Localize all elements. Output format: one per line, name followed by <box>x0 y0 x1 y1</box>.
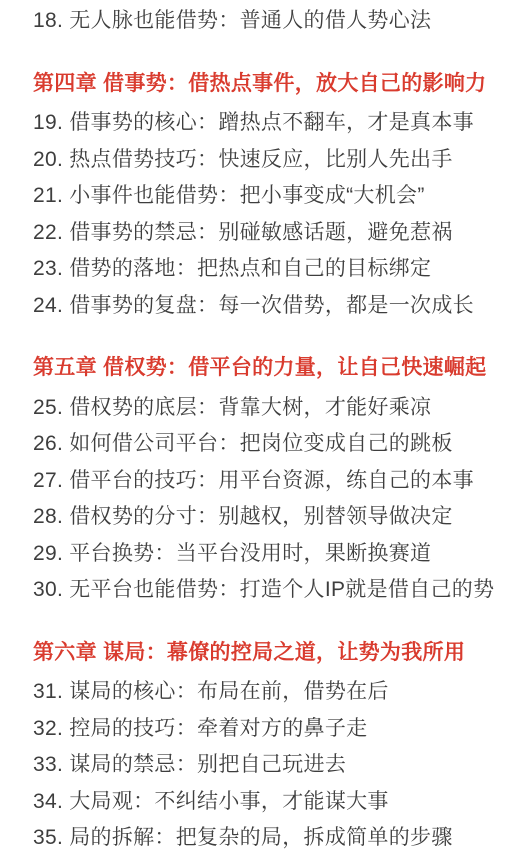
toc-item: 19. 借事势的核心：蹭热点不翻车，才是真本事 <box>33 105 499 142</box>
toc-item: 35. 局的拆解：把复杂的局，拆成简单的步骤 <box>33 820 499 856</box>
toc-item: 31. 谋局的核心：布局在前，借势在后 <box>33 674 499 711</box>
toc-item: 18. 无人脉也能借势：普通人的借人势心法 <box>33 3 499 40</box>
chapter-heading: 第四章 借事势：借热点事件，放大自己的影响力 <box>33 66 499 103</box>
toc-item: 26. 如何借公司平台：把岗位变成自己的跳板 <box>33 426 499 463</box>
toc-item: 27. 借平台的技巧：用平台资源，练自己的本事 <box>33 463 499 500</box>
toc-item: 25. 借权势的底层：背靠大树，才能好乘凉 <box>33 390 499 427</box>
toc-item: 32. 控局的技巧：牵着对方的鼻子走 <box>33 711 499 748</box>
toc-item: 23. 借势的落地：把热点和自己的目标绑定 <box>33 251 499 288</box>
toc-item: 29. 平台换势：当平台没用时，果断换赛道 <box>33 536 499 573</box>
chapter-section-4: 第四章 借事势：借热点事件，放大自己的影响力 19. 借事势的核心：蹭热点不翻车… <box>33 66 499 325</box>
toc-item: 33. 谋局的禁忌：别把自己玩进去 <box>33 747 499 784</box>
chapter-section-6: 第六章 谋局：幕僚的控局之道，让势为我所用 31. 谋局的核心：布局在前，借势在… <box>33 635 499 856</box>
toc-item: 34. 大局观：不纠结小事，才能谋大事 <box>33 784 499 821</box>
chapter-heading: 第五章 借权势：借平台的力量，让自己快速崛起 <box>33 350 499 387</box>
toc-item: 21. 小事件也能借势：把小事变成“大机会” <box>33 178 499 215</box>
toc-page: 18. 无人脉也能借势：普通人的借人势心法 第四章 借事势：借热点事件，放大自己… <box>0 0 519 856</box>
chapter-heading: 第六章 谋局：幕僚的控局之道，让势为我所用 <box>33 635 499 672</box>
toc-item: 22. 借事势的禁忌：别碰敏感话题，避免惹祸 <box>33 215 499 252</box>
toc-item: 20. 热点借势技巧：快速反应，比别人先出手 <box>33 142 499 179</box>
toc-item: 28. 借权势的分寸：别越权，别替领导做决定 <box>33 499 499 536</box>
chapter-section-5: 第五章 借权势：借平台的力量，让自己快速崛起 25. 借权势的底层：背靠大树，才… <box>33 350 499 609</box>
toc-item: 24. 借事势的复盘：每一次借势，都是一次成长 <box>33 288 499 325</box>
toc-item: 30. 无平台也能借势：打造个人IP就是借自己的势 <box>33 572 499 609</box>
